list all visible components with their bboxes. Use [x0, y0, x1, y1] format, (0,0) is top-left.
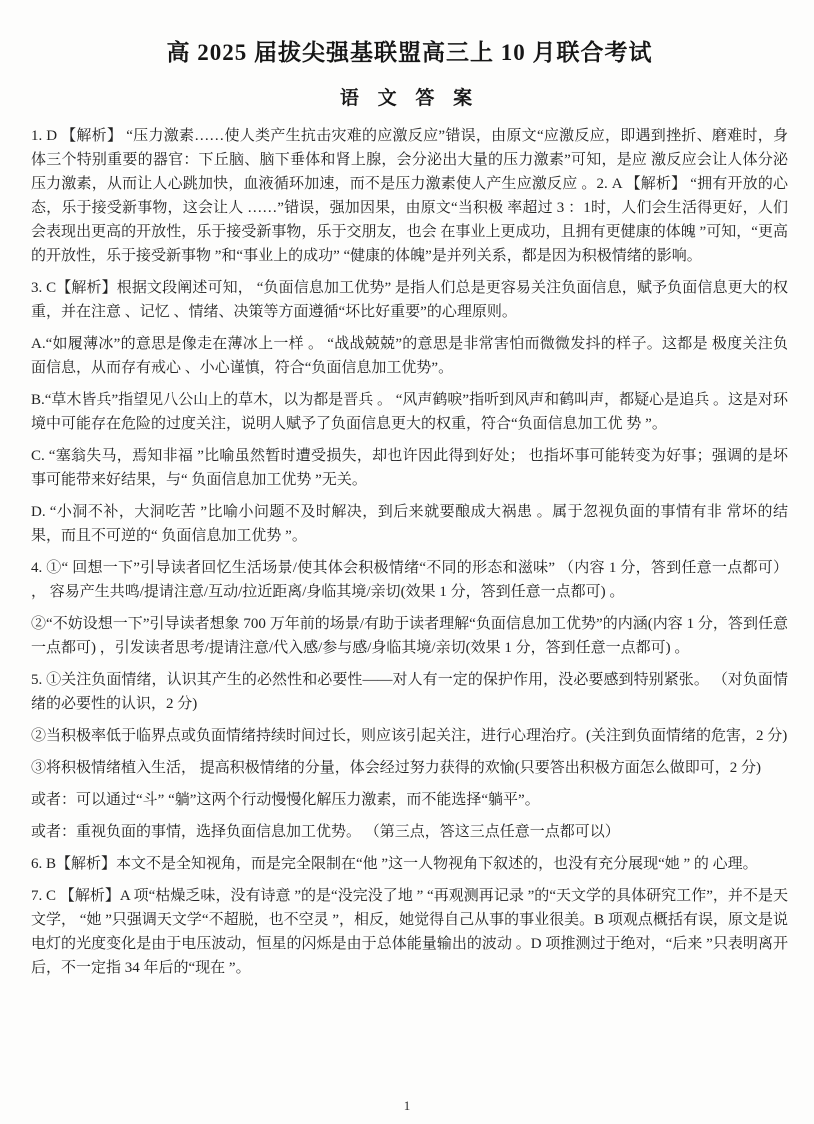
answer-paragraph-q5-alt2: 或者：重视负面的事情，选择负面信息加工优势。 （第三点，答这三点任意一点都可以）: [31, 820, 788, 844]
answer-paragraph-q6: 6. B【解析】本文不是全知视角，而是完全限制在“他 ”这一人物视角下叙述的，也…: [31, 852, 788, 876]
answer-paragraph-q3-d: D. “小洞不补，大洞吃苦 ”比喻小问题不及时解决，到后来就要酿成大祸患 。属于…: [31, 500, 788, 548]
answer-paragraph-q1-q2: 1. D 【解析】 “压力激素……使人类产生抗击灾难的应激反应”错误，由原文“应…: [31, 124, 788, 268]
answers-section: 1. D 【解析】 “压力激素……使人类产生抗击灾难的应激反应”错误，由原文“应…: [31, 124, 788, 980]
answer-paragraph-q4-1: 4. ①“ 回想一下”引导读者回忆生活场景/使其体会积极情绪“不同的形态和滋味”…: [31, 556, 788, 604]
answer-paragraph-q4-2: ②“不妨设想一下”引导读者想象 700 万年前的场景/有助于读者理解“负面信息加…: [31, 612, 788, 660]
exam-subtitle: 语 文 答 案: [31, 83, 788, 110]
page-number: 1: [0, 1098, 814, 1114]
answer-paragraph-q5-3: ③将积极情绪植入生活， 提高积极情绪的分量，体会经过努力获得的欢愉(只要答出积极…: [31, 756, 788, 780]
answer-paragraph-q5-alt1: 或者：可以通过“斗” “躺”这两个行动慢慢化解压力激素，而不能选择“躺平”。: [31, 788, 788, 812]
answer-paragraph-q3-a: A.“如履薄冰”的意思是像走在薄冰上一样 。 “战战兢兢”的意思是非常害怕而微微…: [31, 332, 788, 380]
answer-paragraph-q5-2: ②当积极率低于临界点或负面情绪持续时间过长，则应该引起关注，进行心理治疗。(关注…: [31, 724, 788, 748]
document-page: 高 2025 届拔尖强基联盟高三上 10 月联合考试 语 文 答 案 1. D …: [0, 0, 814, 1124]
answer-paragraph-q3-b: B.“草木皆兵”指望见八公山上的草木，以为都是晋兵 。 “风声鹤唳”指听到风声和…: [31, 388, 788, 436]
exam-title: 高 2025 届拔尖强基联盟高三上 10 月联合考试: [31, 34, 788, 67]
answer-paragraph-q3: 3. C【解析】根据文段阐述可知， “负面信息加工优势” 是指人们总是更容易关注…: [31, 276, 788, 324]
answer-paragraph-q3-c: C. “塞翁失马，焉知非福 ”比喻虽然暂时遭受损失，却也许因此得到好处； 也指坏…: [31, 444, 788, 492]
answer-paragraph-q5-1: 5. ①关注负面情绪，认识其产生的必然性和必要性——对人有一定的保护作用，没必要…: [31, 668, 788, 716]
answer-paragraph-q7: 7. C 【解析】A 项“枯燥乏味，没有诗意 ”的是“没完没了地 ” “再观测再…: [31, 884, 788, 980]
